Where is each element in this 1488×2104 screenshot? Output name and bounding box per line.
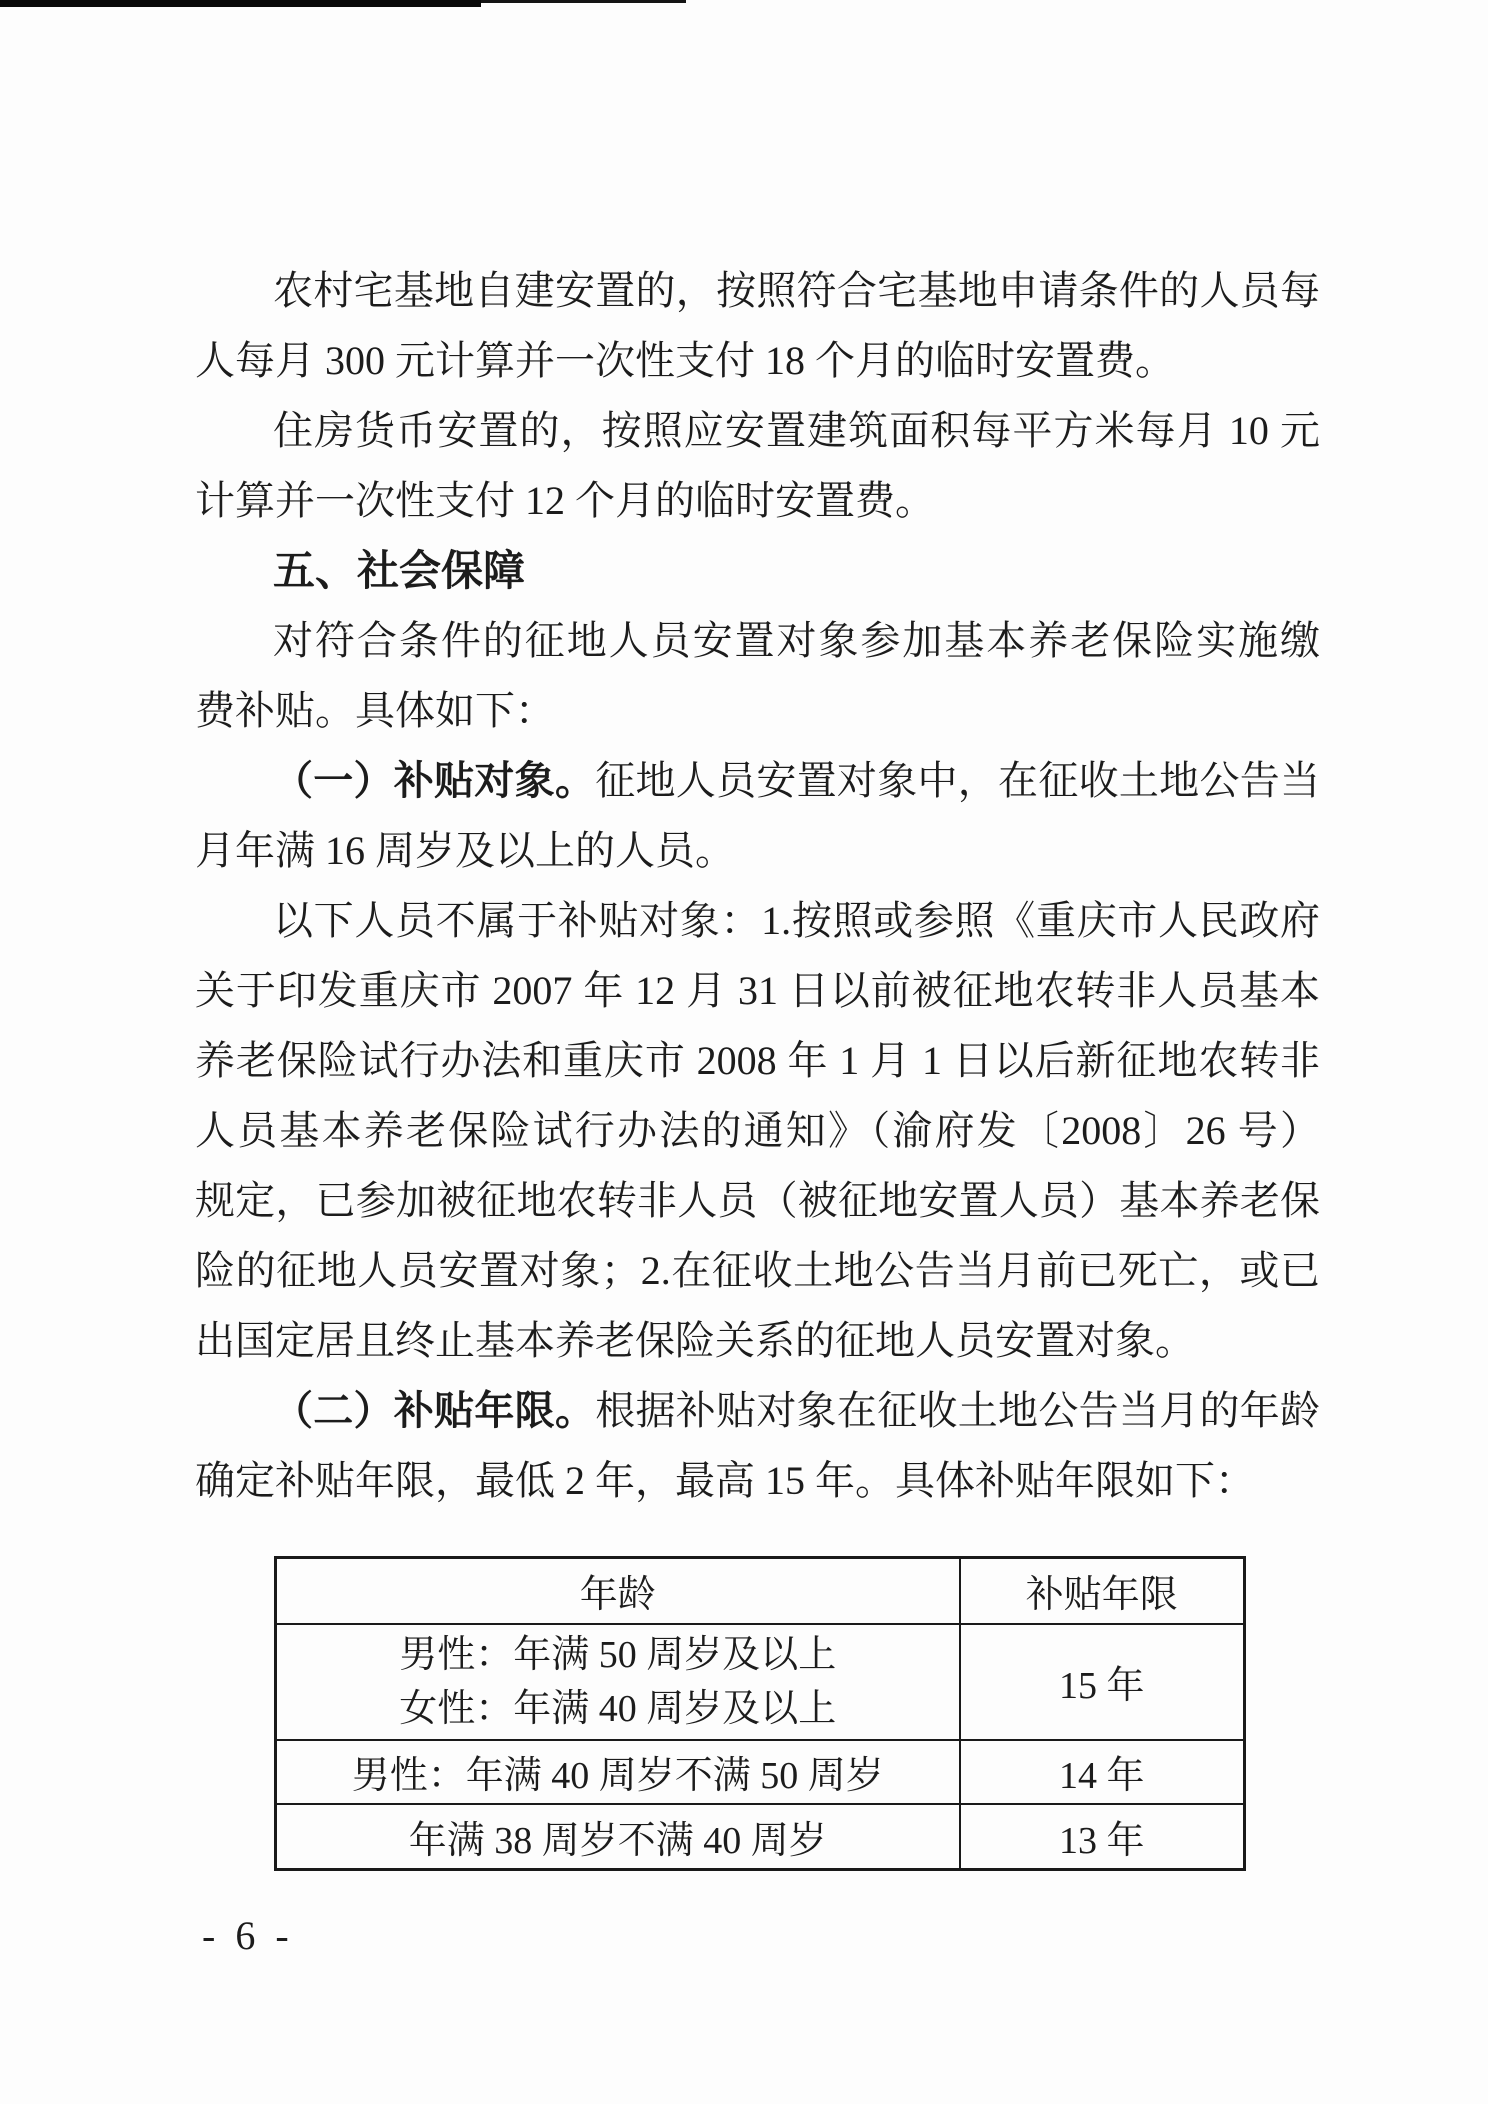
- paragraph-line: 以下人员不属于补贴对象：1.按照或参照《重庆市人民政府: [195, 886, 1320, 956]
- paragraph-line: 出国定居且终止基本养老保险关系的征地人员安置对象。: [195, 1306, 1320, 1376]
- item-label-bold: （二）补贴年限。: [273, 1389, 595, 1433]
- paragraph-line: （一）补贴对象。征地人员安置对象中，在征收土地公告当: [195, 746, 1320, 816]
- age-male-condition: 男性：年满 50 周岁及以上: [277, 1628, 959, 1682]
- header-subsidy-years: 补贴年限: [960, 1558, 1245, 1624]
- years-cell: 15 年: [960, 1624, 1245, 1740]
- document-body: 农村宅基地自建安置的，按照符合宅基地申请条件的人员每 人每月 300 元计算并一…: [195, 256, 1320, 1516]
- paragraph-text: 根据补贴对象在征收土地公告当月的年龄: [595, 1388, 1320, 1433]
- paragraph-line: 规定，已参加被征地农转非人员（被征地安置人员）基本养老保: [195, 1166, 1320, 1236]
- header-age: 年龄: [276, 1558, 960, 1624]
- table-row: 年满 38 周岁不满 40 周岁 13 年: [276, 1804, 1245, 1870]
- paragraph-line: 关于印发重庆市 2007 年 12 月 31 日以前被征地农转非人员基本: [195, 956, 1320, 1026]
- age-cell: 男性：年满 50 周岁及以上 女性：年满 40 周岁及以上: [276, 1624, 960, 1740]
- table-row: 男性：年满 40 周岁不满 50 周岁 14 年: [276, 1740, 1245, 1804]
- table-header-row: 年龄 补贴年限: [276, 1558, 1245, 1624]
- subsidy-years-table: 年龄 补贴年限 男性：年满 50 周岁及以上 女性：年满 40 周岁及以上 15…: [274, 1556, 1246, 1871]
- paragraph-line: 人员基本养老保险试行办法的通知》（渝府发〔2008〕26 号）: [195, 1096, 1320, 1166]
- years-cell: 13 年: [960, 1804, 1245, 1870]
- page-number: - 6 -: [202, 1916, 294, 1956]
- paragraph-line: 确定补贴年限，最低 2 年，最高 15 年。具体补贴年限如下：: [195, 1446, 1320, 1516]
- paragraph-line: 人每月 300 元计算并一次性支付 18 个月的临时安置费。: [195, 326, 1320, 396]
- paragraph-line: 养老保险试行办法和重庆市 2008 年 1 月 1 日以后新征地农转非: [195, 1026, 1320, 1096]
- paragraph-line: 农村宅基地自建安置的，按照符合宅基地申请条件的人员每: [195, 256, 1320, 326]
- item-label-bold: （一）补贴对象。: [273, 759, 595, 803]
- paragraph-line: （二）补贴年限。根据补贴对象在征收土地公告当月的年龄: [195, 1376, 1320, 1446]
- paragraph-line: 对符合条件的征地人员安置对象参加基本养老保险实施缴: [195, 606, 1320, 676]
- paragraph-line: 险的征地人员安置对象；2.在征收土地公告当月前已死亡，或已: [195, 1236, 1320, 1306]
- scan-artifact-bar: [481, 0, 686, 3]
- paragraph-line: 月年满 16 周岁及以上的人员。: [195, 816, 1320, 886]
- paragraph-line: 费补贴。具体如下：: [195, 676, 1320, 746]
- section-heading: 五、社会保障: [195, 536, 1320, 606]
- paragraph-line: 住房货币安置的，按照应安置建筑面积每平方米每月 10 元: [195, 396, 1320, 466]
- table-row: 男性：年满 50 周岁及以上 女性：年满 40 周岁及以上 15 年: [276, 1624, 1245, 1740]
- paragraph-text: 征地人员安置对象中，在征收土地公告当: [595, 758, 1320, 803]
- age-cell: 年满 38 周岁不满 40 周岁: [276, 1804, 960, 1870]
- age-cell: 男性：年满 40 周岁不满 50 周岁: [276, 1740, 960, 1804]
- document-page: 农村宅基地自建安置的，按照符合宅基地申请条件的人员每 人每月 300 元计算并一…: [0, 0, 1488, 2104]
- years-cell: 14 年: [960, 1740, 1245, 1804]
- paragraph-line: 计算并一次性支付 12 个月的临时安置费。: [195, 466, 1320, 536]
- scan-artifact-bar: [0, 0, 481, 7]
- age-female-condition: 女性：年满 40 周岁及以上: [277, 1682, 959, 1736]
